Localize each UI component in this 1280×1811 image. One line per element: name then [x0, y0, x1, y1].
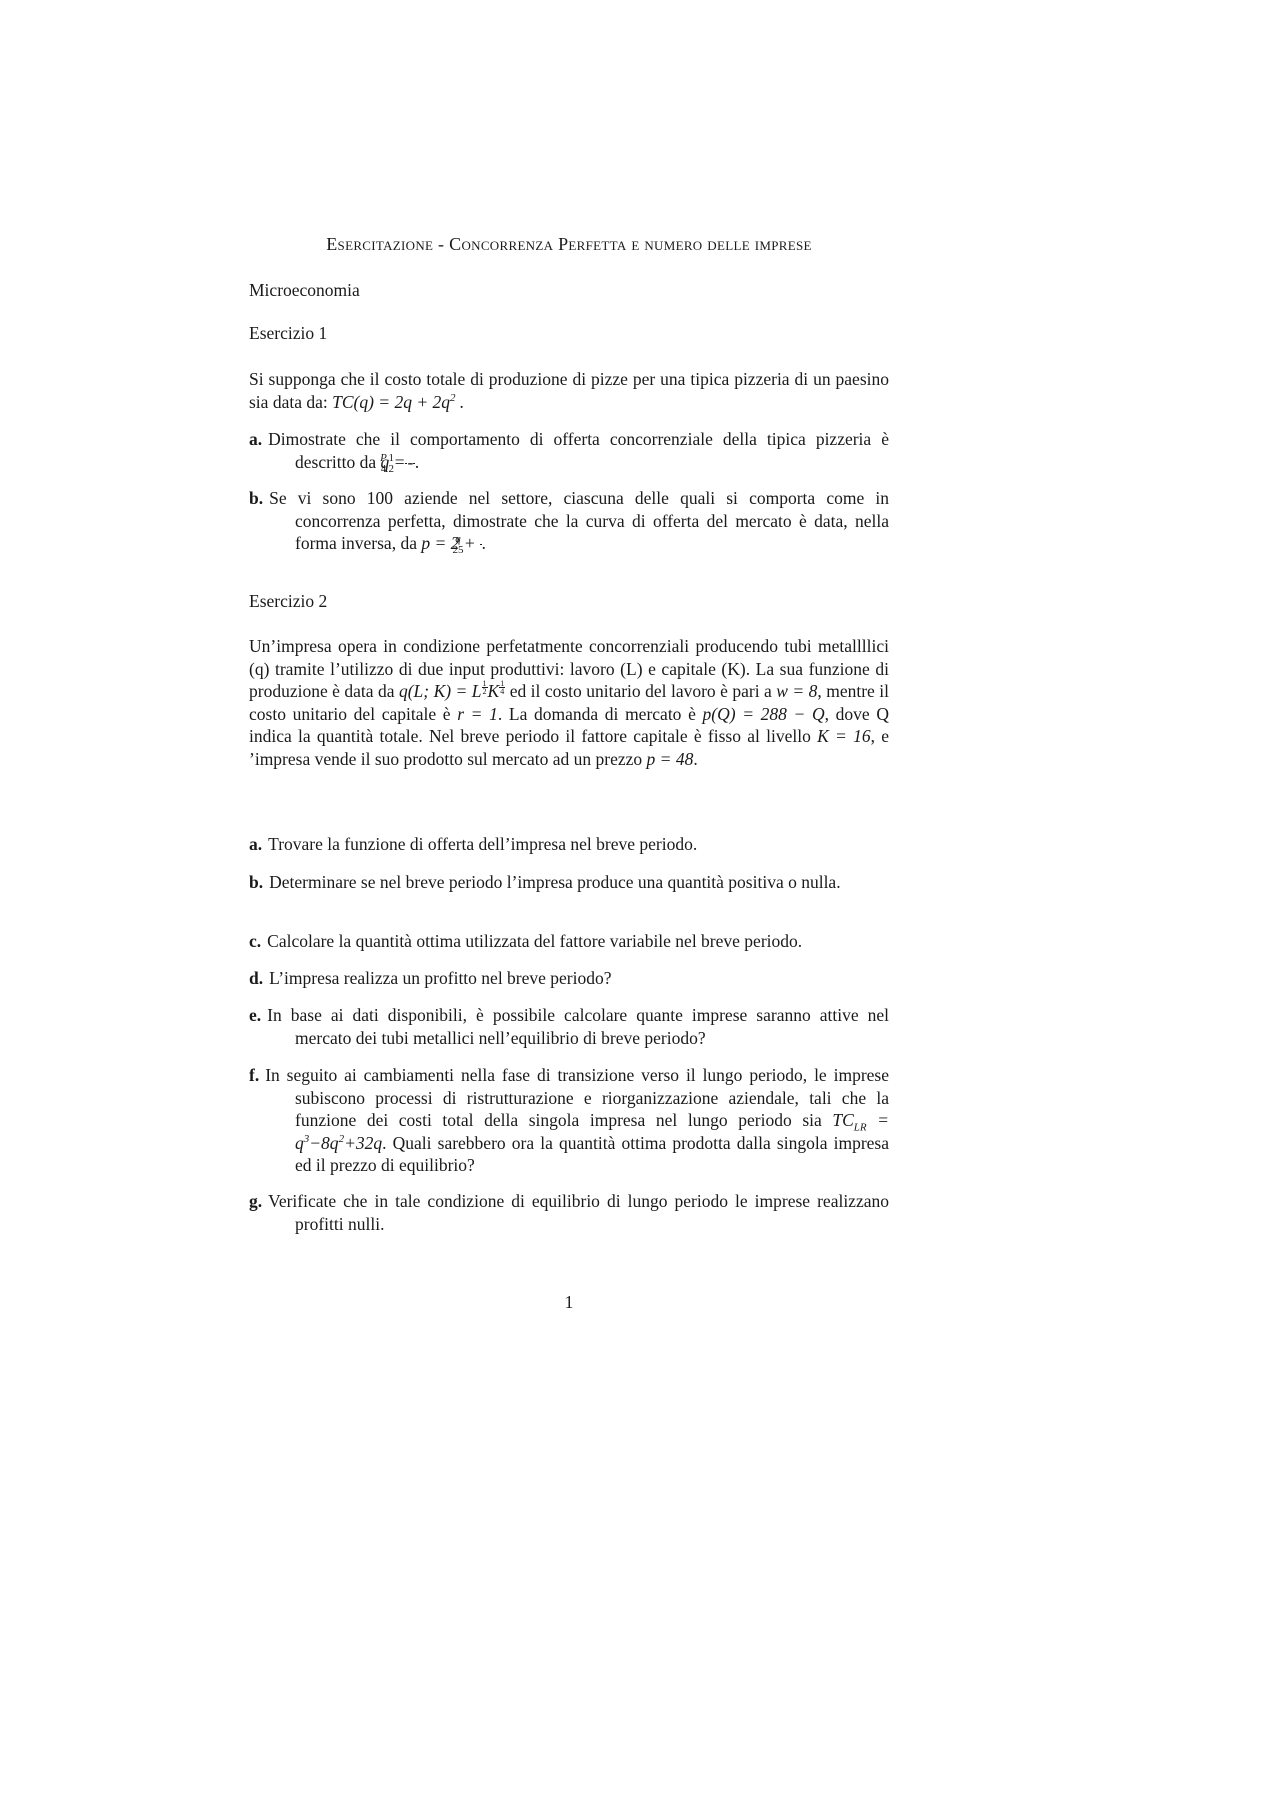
intro-text: . La domanda di mercato è — [498, 704, 703, 724]
exercise-1-item-b: b.Se vi sono 100 aziende nel settore, ci… — [249, 487, 889, 555]
inverse-supply-formula: p = 2 + q25. — [421, 533, 486, 553]
document-page: Esercitazione - Concorrenza Perfetta e n… — [0, 0, 1280, 1811]
capital-level-formula: K = 16 — [817, 726, 871, 746]
exercise-2-item-a: a.Trovare la funzione di offerta dell’im… — [249, 833, 889, 856]
item-text: Verificate che in tale condizione di equ… — [268, 1191, 889, 1234]
item-text: In seguito ai cambiamenti nella fase di … — [265, 1065, 889, 1130]
item-label: g. — [249, 1190, 262, 1213]
total-cost-formula: TC(q) = 2q + 2q2 . — [332, 392, 464, 412]
item-label: f. — [249, 1064, 259, 1087]
exercise-1-heading: Esercizio 1 — [249, 322, 889, 345]
item-text: L’impresa realizza un profitto nel breve… — [269, 968, 611, 988]
price-formula: p = 48 — [647, 749, 694, 769]
item-label: a. — [249, 833, 262, 856]
intro-text: ed il costo unitario del lavoro è pari a — [505, 681, 776, 701]
course-name: Microeconomia — [249, 279, 889, 302]
rental-rate-formula: r = 1 — [457, 704, 498, 724]
item-label: a. — [249, 428, 262, 451]
page-number: 1 — [249, 1292, 889, 1313]
item-label: c. — [249, 930, 261, 953]
wage-formula: w = 8 — [776, 681, 817, 701]
exercise-2-intro: Un’impresa opera in condizione perfetatm… — [249, 635, 889, 770]
item-label: b. — [249, 871, 263, 894]
item-text: . Quali sarebbero ora la quantità ottima… — [295, 1133, 889, 1176]
exercise-2-item-b: b.Determinare se nel breve periodo l’imp… — [249, 871, 889, 894]
document-title: Esercitazione - Concorrenza Perfetta e n… — [249, 234, 889, 255]
item-label: e. — [249, 1004, 261, 1027]
item-label: d. — [249, 967, 263, 990]
item-text: In base ai dati disponibili, è possibile… — [267, 1005, 889, 1048]
exercise-1-intro: Si supponga che il costo totale di produ… — [249, 368, 889, 413]
exercise-1-item-a: a.Dimostrate che il comportamento di off… — [249, 428, 889, 474]
intro-text: . — [693, 749, 697, 769]
item-text: Se vi sono 100 aziende nel settore, cias… — [269, 488, 889, 553]
exercise-2-heading: Esercizio 2 — [249, 590, 889, 613]
item-label: b. — [249, 487, 263, 510]
exercise-2-item-f: f.In seguito ai cambiamenti nella fase d… — [249, 1064, 889, 1177]
item-text: Determinare se nel breve periodo l’impre… — [269, 872, 840, 892]
item-text: Trovare la funzione di offerta dell’impr… — [268, 834, 697, 854]
exercise-2-item-g: g.Verificate che in tale condizione di e… — [249, 1190, 889, 1235]
item-text: Calcolare la quantità ottima utilizzata … — [267, 931, 802, 951]
demand-formula: p(Q) = 288 − Q — [703, 704, 825, 724]
exercise-2-item-d: d.L’impresa realizza un profitto nel bre… — [249, 967, 889, 990]
exercise-2-item-e: e.In base ai dati disponibili, è possibi… — [249, 1004, 889, 1049]
supply-formula: q =P4-12. — [381, 452, 420, 472]
production-function: q(L; K) = L12K14 — [399, 681, 505, 701]
item-text: Dimostrate che il comportamento di offer… — [268, 429, 889, 472]
exercise-2-item-c: c.Calcolare la quantità ottima utilizzat… — [249, 930, 889, 953]
